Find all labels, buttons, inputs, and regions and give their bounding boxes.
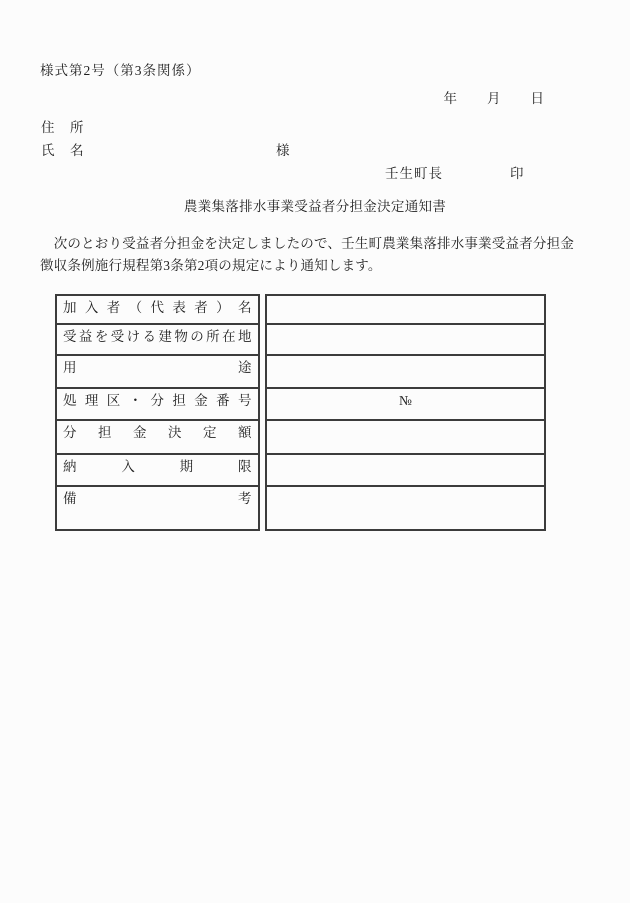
document-page: 様式第2号（第3条関係） 年 月 日 住 所 氏 名 様 壬生町長 印 農業集落… <box>0 0 630 903</box>
remarks-value <box>265 485 546 531</box>
table-row-payment-deadline: 納入期限 <box>55 453 546 487</box>
applicant-name-value <box>265 294 546 325</box>
building-location-label: 受益を受ける建物の所在地 <box>55 323 260 356</box>
remarks-label: 備考 <box>55 485 260 531</box>
levy-decided-amount-value <box>265 419 546 455</box>
payment-deadline-label: 納入期限 <box>55 453 260 487</box>
table-row-building-location: 受益を受ける建物の所在地 <box>55 323 546 356</box>
building-location-value <box>265 323 546 356</box>
body-paragraph-line-1: 次のとおり受益者分担金を決定しましたので、壬生町農業集落排水事業受益者分担金 <box>40 233 590 255</box>
table-row-treatment-district-levy-number: 処理区・分担金番号 № <box>55 387 546 421</box>
issue-date-line: 年 月 日 <box>444 90 546 107</box>
applicant-name-label: 加入者（代表者）名 <box>55 294 260 325</box>
seal-mark: 印 <box>510 165 524 182</box>
table-row-remarks: 備考 <box>55 485 546 531</box>
form-number-label: 様式第2号（第3条関係） <box>40 62 201 79</box>
table-row-usage: 用途 <box>55 354 546 389</box>
treatment-district-levy-number-value: № <box>265 387 546 421</box>
levy-decided-amount-label: 分担金決定額 <box>55 419 260 455</box>
body-paragraph-line-2: 徴収条例施行規程第3条第2項の規定により通知します。 <box>40 255 590 277</box>
table-row-applicant-name: 加入者（代表者）名 <box>55 294 546 325</box>
name-line: 氏 名 様 <box>41 142 590 159</box>
honorific-label: 様 <box>276 142 291 159</box>
body-paragraph: 次のとおり受益者分担金を決定しましたので、壬生町農業集落排水事業受益者分担金 徴… <box>40 233 590 277</box>
address-label: 住 所 <box>41 119 85 136</box>
document-title: 農業集落排水事業受益者分担金決定通知書 <box>0 198 630 215</box>
table-row-levy-decided-amount: 分担金決定額 <box>55 419 546 455</box>
usage-label: 用途 <box>55 354 260 389</box>
mayor-title-label: 壬生町長 <box>385 165 443 182</box>
treatment-district-levy-number-label: 処理区・分担金番号 <box>55 387 260 421</box>
issuer-line: 壬生町長 印 <box>0 165 630 182</box>
name-label: 氏 名 <box>41 143 85 158</box>
usage-value <box>265 354 546 389</box>
levy-table: 加入者（代表者）名 受益を受ける建物の所在地 用途 処理区・分担金番号 № 分担… <box>55 294 546 531</box>
payment-deadline-value <box>265 453 546 487</box>
